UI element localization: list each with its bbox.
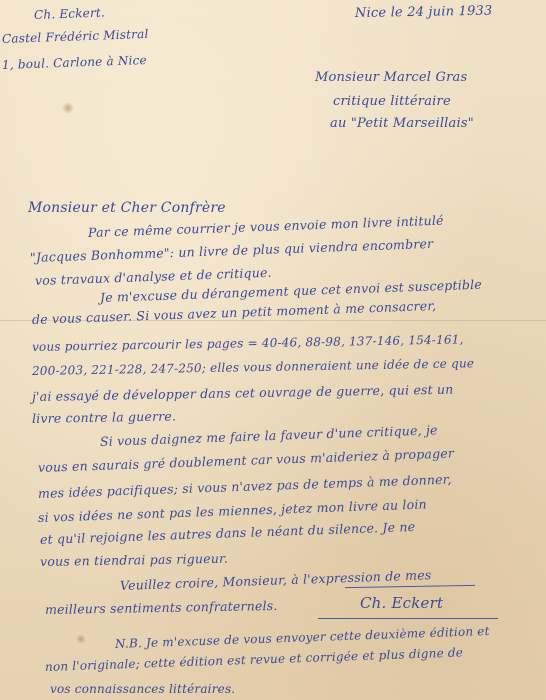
sender-address-line2: 1, boul. Carlone à Nice: [2, 53, 147, 72]
letter-page: Ch. Eckert. Castel Frédéric Mistral 1, b…: [0, 0, 546, 700]
body-line: de vous causer. Si vous avez un petit mo…: [32, 298, 437, 327]
body-line: "Jacques Bonhomme": un livre de plus qui…: [30, 236, 434, 265]
postscript-line: vos connaissances littéraires.: [50, 682, 235, 696]
signature-underline: [318, 618, 498, 619]
recipient-line2: critique littéraire: [333, 94, 451, 109]
body-line: vous en tiendrai pas rigueur.: [40, 551, 228, 569]
paper-stain: [76, 634, 86, 644]
paper-stain: [62, 102, 74, 114]
sender-name: Ch. Eckert.: [34, 6, 105, 22]
sender-address-line1: Castel Frédéric Mistral: [2, 27, 149, 46]
place-date: Nice le 24 juin 1933: [355, 4, 493, 21]
signature: Ch. Eckert: [360, 594, 443, 612]
body-line: j'ai essayé de développer dans cet ouvra…: [32, 382, 454, 404]
signature-underline-top: [345, 585, 475, 588]
closing-line: Veuillez croire, Monsieur, à l'expressio…: [120, 567, 432, 593]
salutation: Monsieur et Cher Confrère: [28, 200, 226, 216]
body-line: livre contre la guerre.: [32, 408, 176, 426]
postscript-line: non l'originale; cette édition est revue…: [45, 645, 464, 674]
recipient-line1: Monsieur Marcel Gras: [315, 70, 467, 85]
body-line: vous pourriez parcourir les pages = 40-4…: [32, 332, 464, 354]
body-line: mes idées pacifiques; si vous n'avez pas…: [38, 472, 452, 501]
closing-line: meilleurs sentiments confraternels.: [45, 598, 278, 617]
body-line: Par ce même courrier je vous envoie mon …: [88, 213, 444, 240]
body-line: Si vous daignez me faire la faveur d'une…: [100, 422, 438, 449]
recipient-line3: au "Petit Marseillais": [330, 116, 474, 131]
body-line: vous en saurais gré doublement car vous …: [38, 445, 455, 475]
body-line: 200-203, 221-228, 247-250; elles vous do…: [32, 356, 474, 378]
body-line: et qu'il rejoigne les autres dans le néa…: [40, 519, 416, 547]
